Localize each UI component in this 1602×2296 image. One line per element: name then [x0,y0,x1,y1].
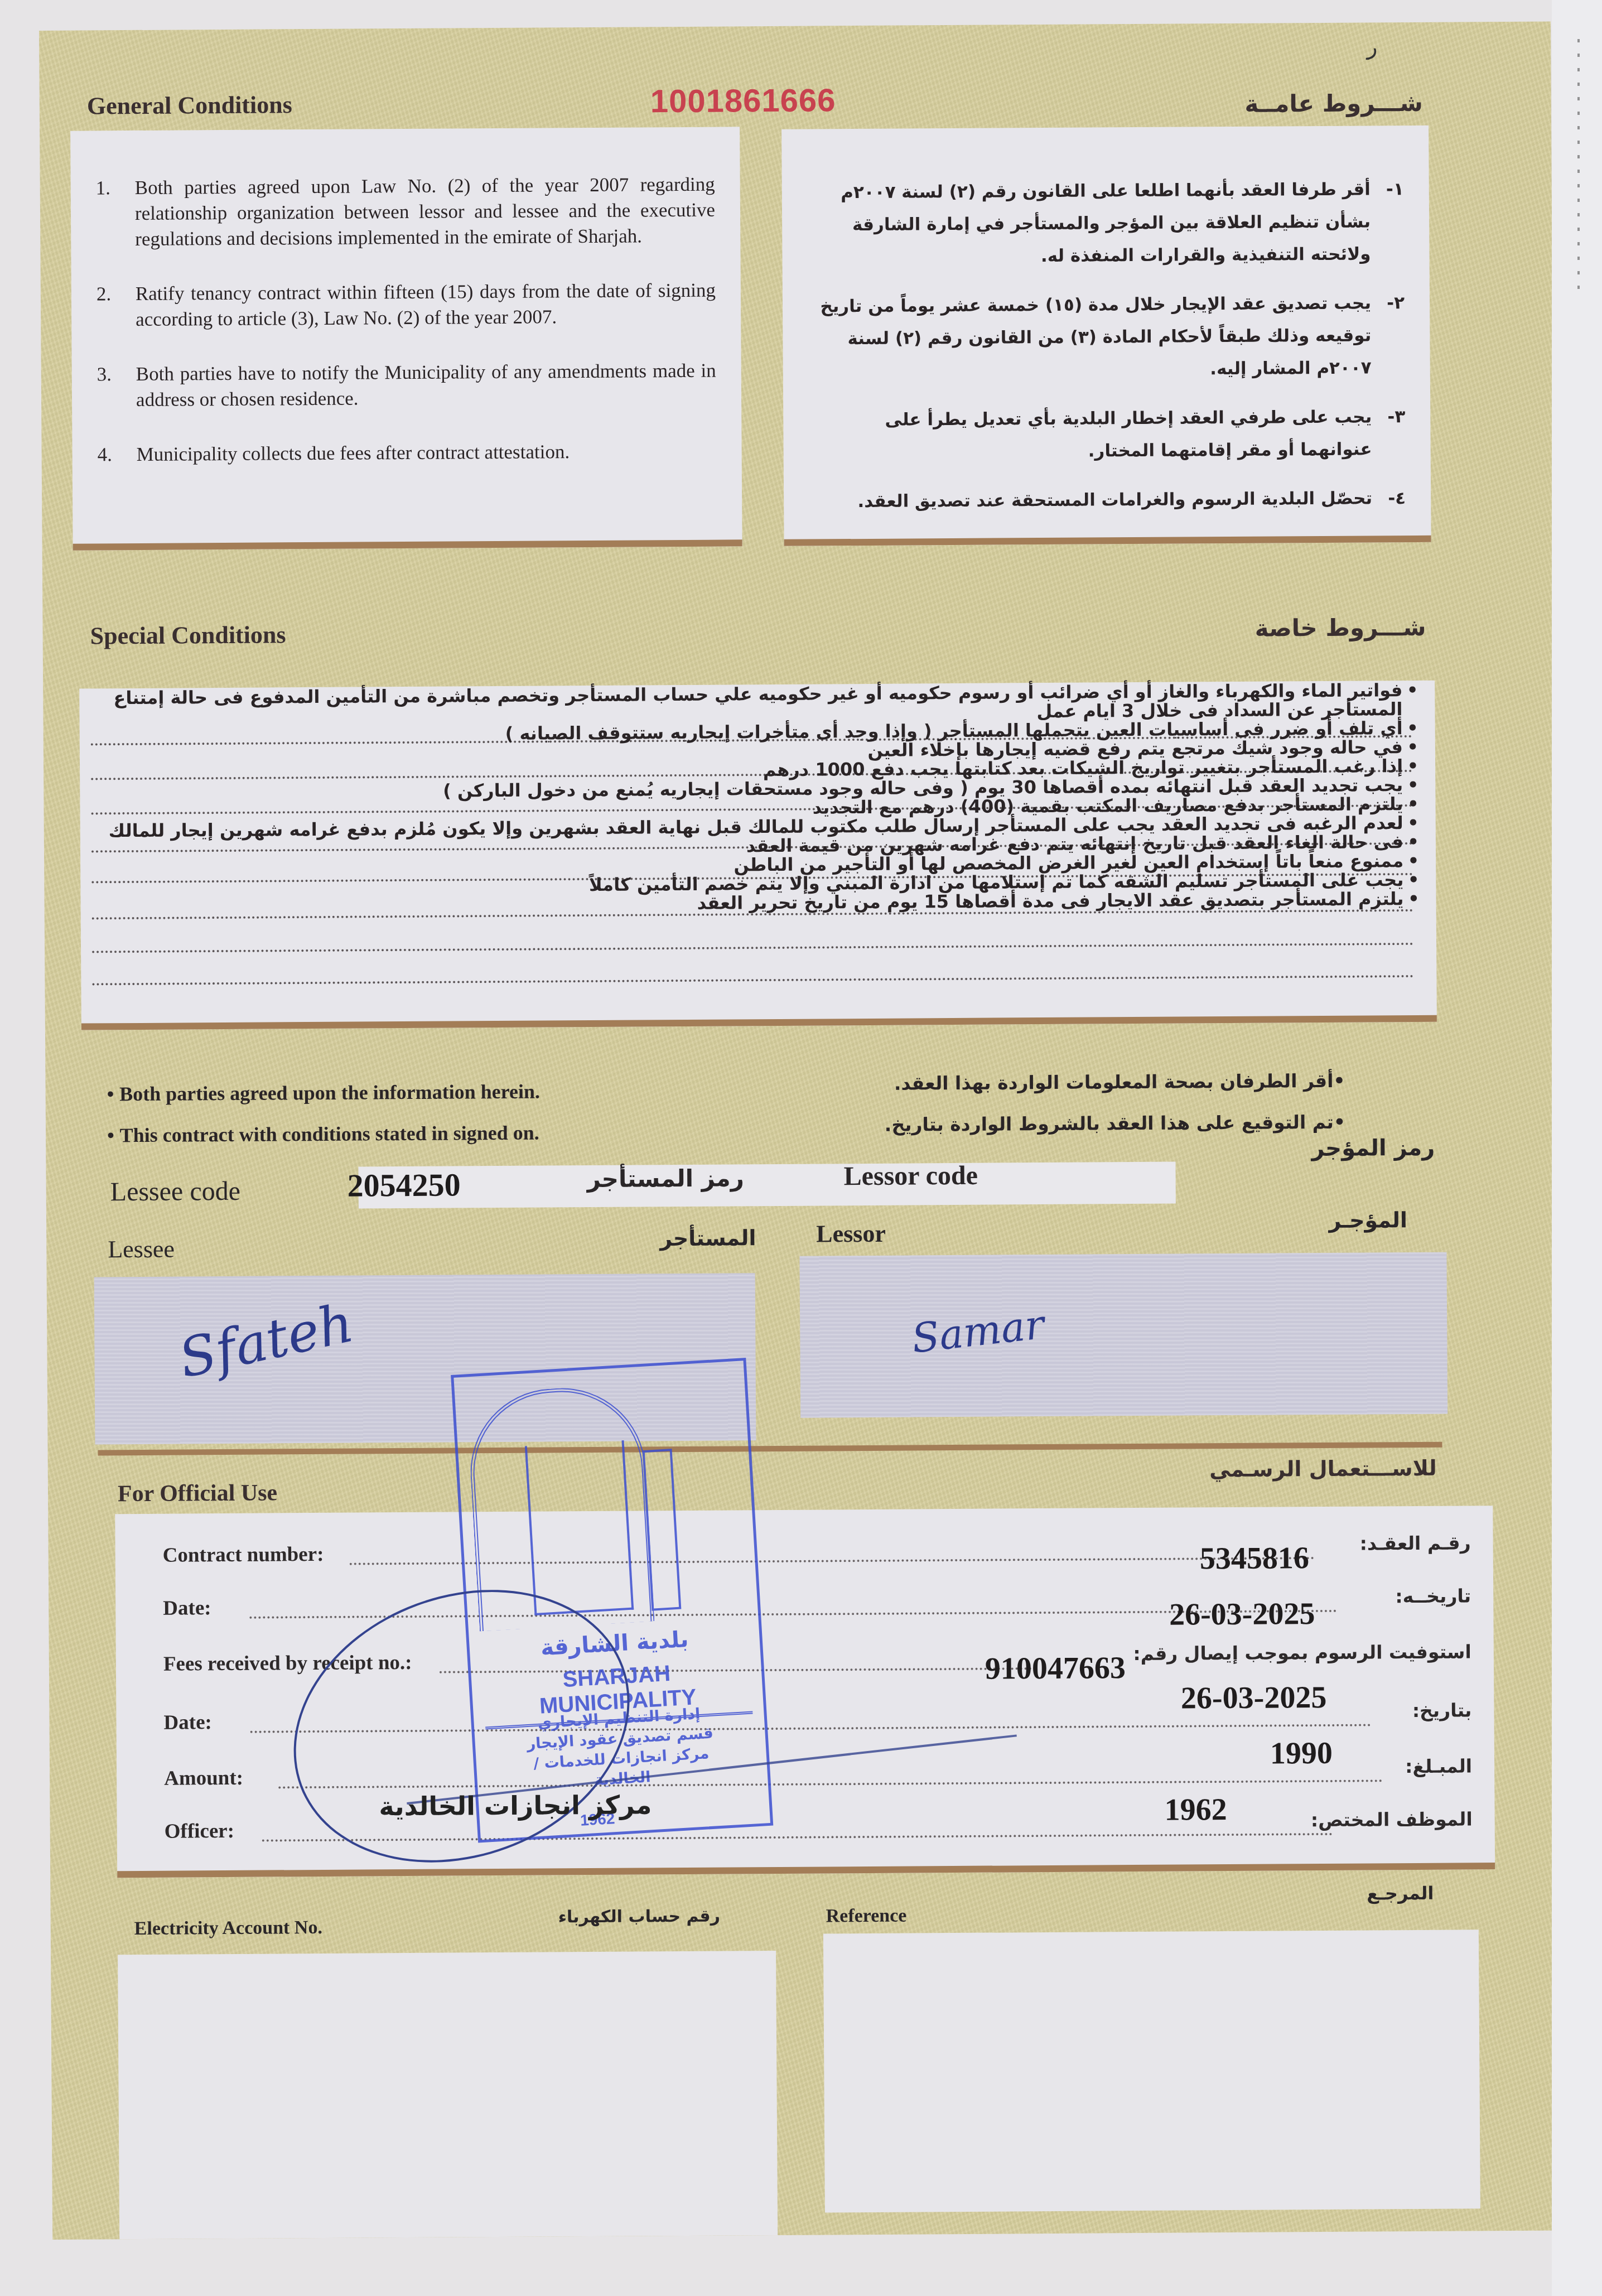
gc-ar-item-2: ٢-يجب تصديق عقد الإيجار خلال مدة (١٥) خم… [808,287,1405,388]
corner-mark: ر [1367,33,1378,60]
gc-en-item-2: 2.Ratify tenancy contract within fifteen… [96,278,716,333]
lessee-label: Lessee [108,1235,175,1264]
gc-en-item-4: 4.Municipality collects due fees after c… [98,438,717,468]
lessor-label: Lessor [816,1219,886,1248]
agreement-ar: •أقر الطرفان بصحة المعلومات الواردة بهذا… [884,1060,1351,1146]
lessor-code-label: Lessor code [843,1160,978,1192]
gc-ar-item-1: ١-أقر طرفا العقد بأنهما اطلعا على القانو… [807,173,1405,274]
official-use-title-ar: للاســـتعمال الرسـمي [1209,1456,1437,1482]
special-conditions-panel: فواتير الماء والكهرباء والغاز أو أي ضرائ… [79,681,1437,1030]
general-conditions-title-en: General Conditions [87,90,292,120]
section-divider [98,1442,1442,1456]
page-margin [1552,0,1602,2296]
stamp-building-icon [525,1440,634,1615]
perforation-marks [1577,39,1580,290]
amount-value: 1990 [1270,1735,1333,1772]
officer-value: 1962 [1164,1792,1227,1828]
contract-sheet: General Conditions 1001861666 شـــروط عا… [39,21,1564,2239]
special-conditions-title-en: Special Conditions [90,620,286,650]
codes-strip [358,1162,1175,1209]
special-conditions-list: فواتير الماء والكهرباء والغاز أو أي ضرائ… [102,681,1419,916]
row-contract-number: Contract number: رقـم العقـد: 5345816 [115,1517,1493,1579]
gc-en-item-3: 3.Both parties have to notify the Munici… [97,358,717,413]
receipt-number-value: 910047663 [985,1650,1126,1687]
lessee-code-label-ar: رمز المستأجر [587,1164,744,1193]
row-contract-date: Date: تاريخــه: 26-03-2025 [115,1570,1494,1632]
electricity-account-box[interactable] [118,1951,778,2239]
lessee-signature: Sfateh [173,1291,359,1390]
reference-label-ar: المرجـع [1367,1883,1434,1904]
lessee-code-label: Lessee code [110,1176,241,1207]
gc-en-item-1: 1.Both parties agreed upon Law No. (2) o… [96,172,716,253]
lessee-code-value: 2054250 [347,1166,460,1204]
electricity-label-ar: رقم حساب الكهرباء [558,1907,720,1927]
general-conditions-ar-panel: ١-أقر طرفا العقد بأنهما اطلعا على القانو… [781,126,1431,546]
agreement-en: •Both parties agreed upon the informatio… [107,1071,540,1156]
general-conditions-en-panel: 1.Both parties agreed upon Law No. (2) o… [70,127,742,550]
special-conditions-title-ar: شـــروط خاصة [1254,614,1426,642]
electricity-label: Electricity Account No. [134,1917,322,1940]
lessor-code-label-ar: رمز المؤجر [1311,1135,1435,1161]
general-conditions-title-ar: شـــروط عامــة [1244,89,1423,118]
serial-number: 1001861666 [650,81,836,120]
reference-label: Reference [826,1906,907,1927]
lessor-label-ar: المؤجـر [1329,1208,1407,1233]
official-use-title-en: For Official Use [118,1479,277,1507]
gc-ar-item-4: ٤-تحصّل البلدية الرسوم والغرامات المستحق… [809,482,1406,518]
lessee-label-ar: المستأجر [660,1226,756,1251]
gc-ar-item-3: ٣-يجب على طرفي العقد إخطار البلدية بأي ت… [808,401,1406,469]
lessor-signature-box[interactable]: Samar [799,1252,1447,1418]
general-conditions-ar-list: ١-أقر طرفا العقد بأنهما اطلعا على القانو… [807,173,1406,535]
receipt-date-value: 26-03-2025 [1181,1680,1327,1716]
lessor-signature: Samar [909,1301,1046,1362]
reference-box[interactable] [823,1930,1480,2212]
general-conditions-en-list: 1.Both parties agreed upon Law No. (2) o… [96,172,717,497]
officer-handwritten-name: مركز انجازات الخالدية [379,1789,652,1821]
